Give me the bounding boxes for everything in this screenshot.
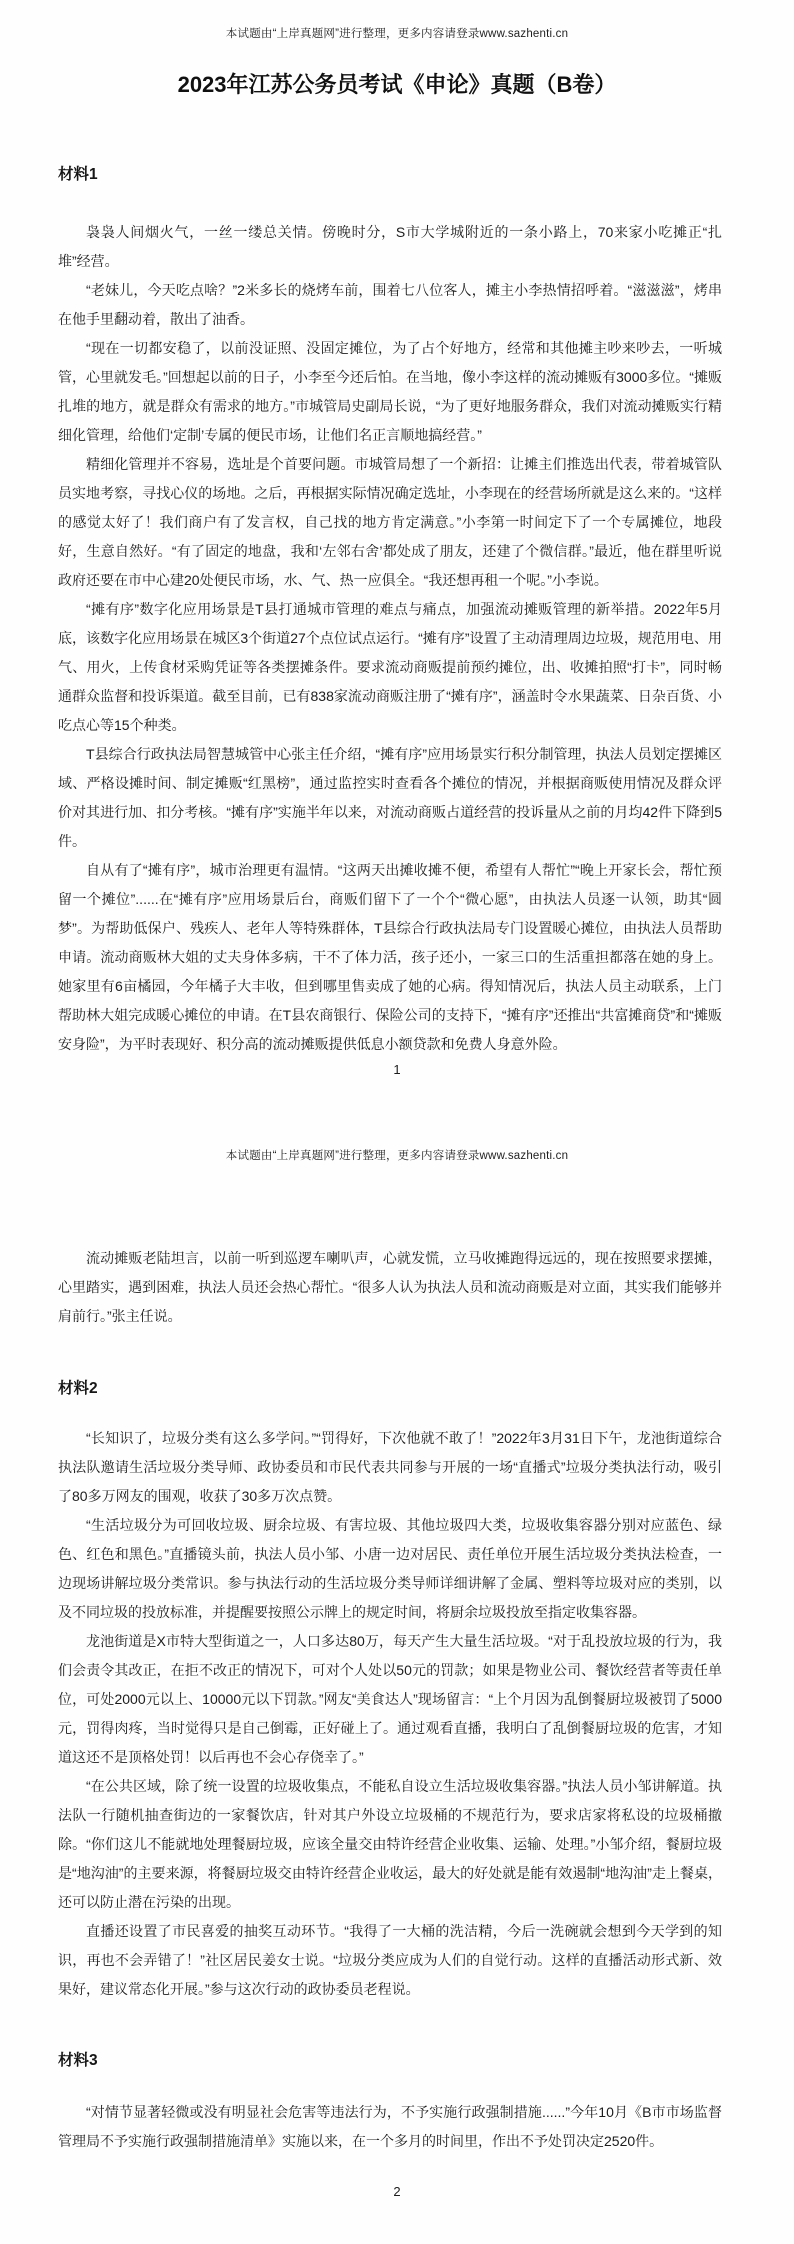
source-note: 本试题由“上岸真题网”进行整理，更多内容请登录www.sazhenti.cn (0, 25, 794, 41)
paragraph: “老妹儿，今天吃点啥？”2米多长的烧烤车前，围着七八位客人，摊主小李热情招呼着。… (58, 276, 722, 334)
material-1-heading: 材料1 (58, 162, 98, 184)
material-1-body: 袅袅人间烟火气，一丝一缕总关情。傍晚时分，S市大学城附近的一条小路上，70来家小… (58, 218, 722, 1059)
paragraph: 袅袅人间烟火气，一丝一缕总关情。傍晚时分，S市大学城附近的一条小路上，70来家小… (58, 218, 722, 276)
paragraph: 流动摊贩老陆坦言，以前一听到巡逻车喇叭声，心就发慌，立马收摊跑得远远的，现在按照… (58, 1244, 722, 1331)
paragraph: “现在一切都安稳了，以前没证照、没固定摊位，为了占个好地方，经常和其他摊主吵来吵… (58, 334, 722, 450)
page-number: 2 (0, 2184, 794, 2199)
paragraph: 龙池街道是X市特大型街道之一，人口多达80万，每天产生大量生活垃圾。“对于乱投放… (58, 1627, 722, 1772)
paragraph: “摊有序”数字化应用场景是T县打通城市管理的难点与痛点，加强流动摊贩管理的新举措… (58, 595, 722, 740)
document-title: 2023年江苏公务员考试《申论》真题（B卷） (0, 68, 794, 99)
material-3-body: “对情节显著轻微或没有明显社会危害等违法行为，不予实施行政强制措施......”… (58, 2098, 722, 2156)
paragraph: “生活垃圾分为可回收垃圾、厨余垃圾、有害垃圾、其他垃圾四大类，垃圾收集容器分别对… (58, 1511, 722, 1627)
page-2: 本试题由“上岸真题网”进行整理，更多内容请登录www.sazhenti.cn 流… (0, 1122, 794, 2244)
paragraph: “在公共区域，除了统一设置的垃圾收集点，不能私自设立生活垃圾收集容器。”执法人员… (58, 1772, 722, 1917)
material-3-heading: 材料3 (58, 2048, 98, 2070)
paragraph: 精细化管理并不容易，选址是个首要问题。市城管局想了一个新招：让摊主们推选出代表，… (58, 450, 722, 595)
page-1: 本试题由“上岸真题网”进行整理，更多内容请登录www.sazhenti.cn 2… (0, 0, 794, 1122)
material-1-continuation: 流动摊贩老陆坦言，以前一听到巡逻车喇叭声，心就发慌，立马收摊跑得远远的，现在按照… (58, 1244, 722, 1331)
material-2-heading: 材料2 (58, 1376, 98, 1398)
paragraph: 自从有了“摊有序”，城市治理更有温情。“这两天出摊收摊不便，希望有人帮忙”“晚上… (58, 856, 722, 1059)
paragraph: “长知识了，垃圾分类有这么多学问。”“罚得好，下次他就不敢了！”2022年3月3… (58, 1424, 722, 1511)
material-2-body: “长知识了，垃圾分类有这么多学问。”“罚得好，下次他就不敢了！”2022年3月3… (58, 1424, 722, 2004)
page-number: 1 (0, 1062, 794, 1077)
paragraph: T县综合行政执法局智慧城管中心张主任介绍，“摊有序”应用场景实行积分制管理，执法… (58, 740, 722, 856)
paragraph: “对情节显著轻微或没有明显社会危害等违法行为，不予实施行政强制措施......”… (58, 2098, 722, 2156)
paragraph: 直播还设置了市民喜爱的抽奖互动环节。“我得了一大桶的洗洁精，今后一洗碗就会想到今… (58, 1917, 722, 2004)
source-note: 本试题由“上岸真题网”进行整理，更多内容请登录www.sazhenti.cn (0, 1147, 794, 1163)
